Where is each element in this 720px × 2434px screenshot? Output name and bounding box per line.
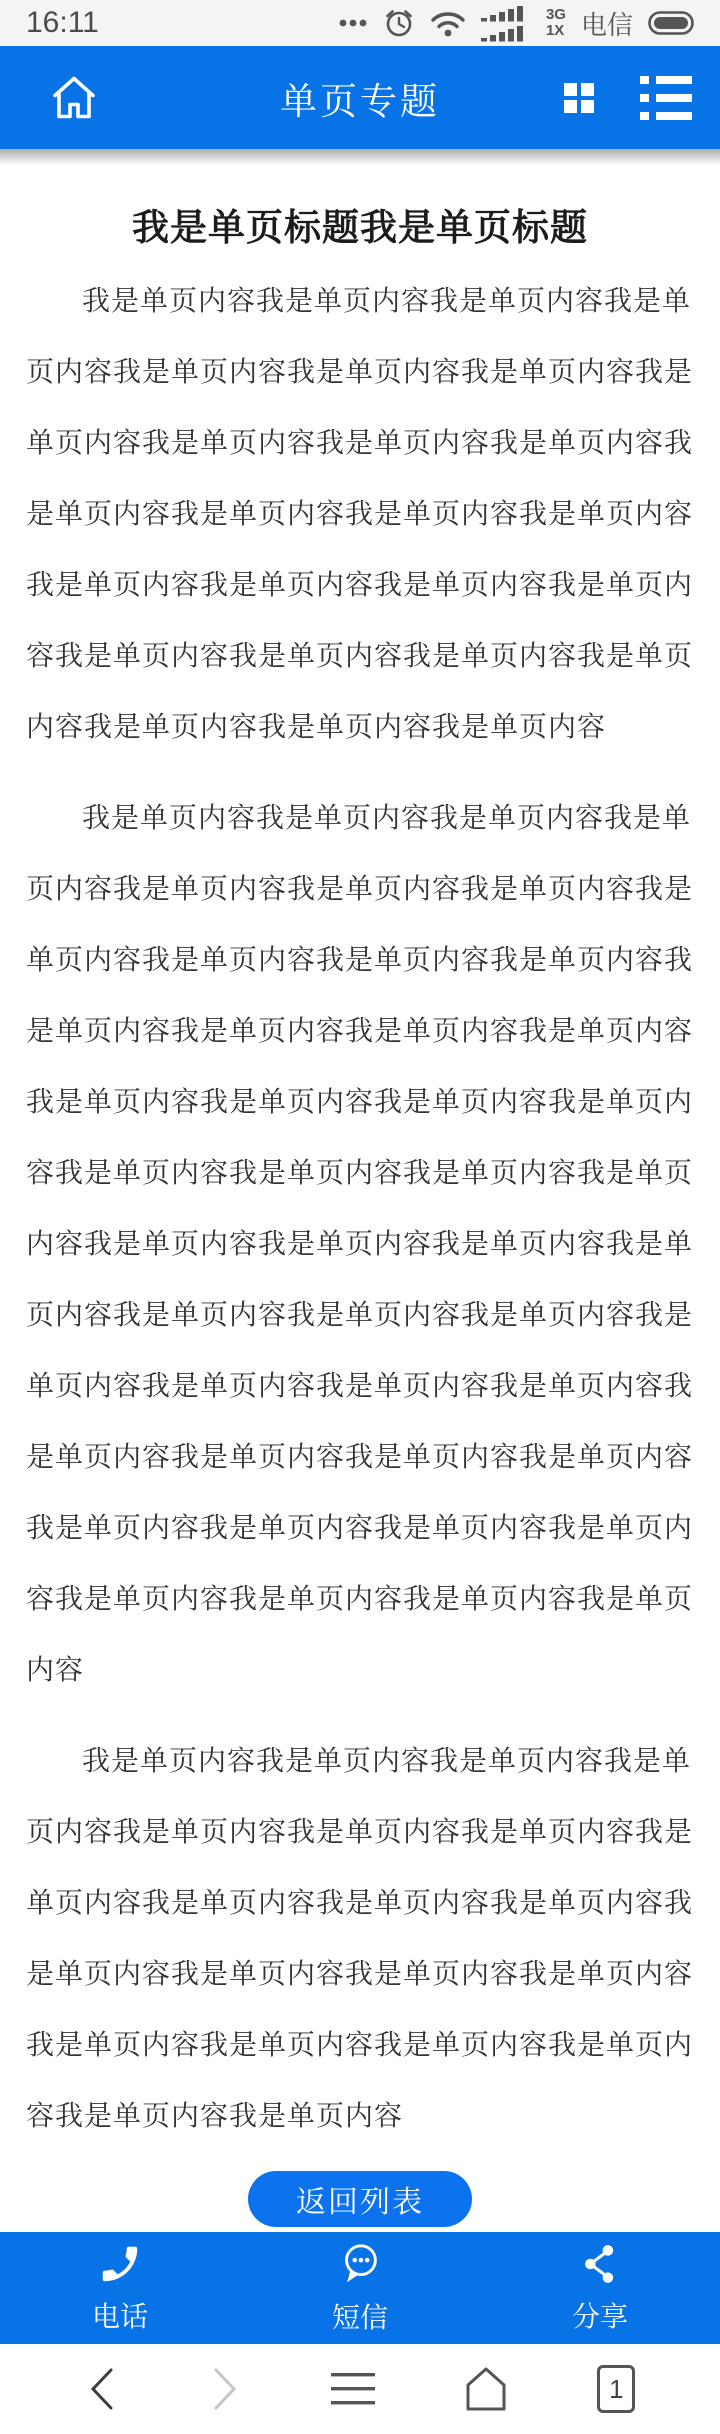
sms-action[interactable]: 短信 (240, 2232, 480, 2344)
page-header-title: 单页专题 (280, 71, 440, 125)
browser-nav-bar: 1 (0, 2344, 720, 2434)
nav-back-button[interactable] (85, 2365, 119, 2413)
paragraph-3: 我是单页内容我是单页内容我是单页内容我是单页内容我是单页内容我是单页内容我是单页… (26, 1725, 694, 2151)
network-badge-1x: 1X (546, 23, 566, 39)
app-header: 单页专题 (0, 46, 720, 149)
home-button[interactable] (46, 70, 102, 125)
screen: 16:11 (0, 0, 720, 2434)
battery-icon (648, 11, 694, 35)
back-icon (85, 2365, 119, 2413)
phone-action-label: 电话 (92, 2295, 148, 2335)
paragraph-1: 我是单页内容我是单页内容我是单页内容我是单页内容我是单页内容我是单页内容我是单页… (26, 265, 694, 762)
paragraph-2: 我是单页内容我是单页内容我是单页内容我是单页内容我是单页内容我是单页内容我是单页… (26, 782, 694, 1705)
nav-menu-button[interactable] (331, 2371, 375, 2407)
carrier-label: 电信 (581, 5, 633, 42)
home-icon (464, 2365, 508, 2413)
share-action[interactable]: 分享 (480, 2232, 720, 2344)
phone-icon (97, 2241, 143, 2287)
sms-icon (336, 2240, 384, 2288)
status-icons: 3G 1X 电信 (338, 3, 694, 43)
header-actions (564, 76, 692, 120)
nav-home-button[interactable] (464, 2365, 508, 2413)
status-bar: 16:11 (0, 0, 720, 46)
page-title: 我是单页标题我是单页标题 (26, 197, 694, 251)
header-shadow (0, 149, 720, 165)
contact-action-bar: 电话 短信 分享 (0, 2232, 720, 2344)
nav-forward-button[interactable] (208, 2365, 242, 2413)
home-icon (46, 70, 102, 122)
phone-action[interactable]: 电话 (0, 2232, 240, 2344)
more-dots-icon (338, 18, 368, 28)
list-menu-button[interactable] (640, 76, 692, 120)
network-badges: 3G 1X (546, 7, 566, 39)
article-content: 我是单页标题我是单页标题 我是单页内容我是单页内容我是单页内容我是单页内容我是单… (0, 197, 720, 2227)
list-icon (640, 76, 692, 120)
share-icon (578, 2241, 622, 2287)
sms-action-label: 短信 (332, 2296, 388, 2336)
wifi-icon (430, 9, 466, 37)
nav-tabs-button[interactable]: 1 (597, 2365, 635, 2413)
tab-counter: 1 (597, 2365, 635, 2413)
menu-icon (331, 2371, 375, 2407)
share-action-label: 分享 (572, 2295, 628, 2335)
grid-view-button[interactable] (564, 83, 594, 113)
network-badge-3g: 3G (546, 7, 566, 23)
grid-icon (564, 83, 594, 113)
forward-icon (208, 2365, 242, 2413)
back-to-list-button[interactable]: 返回列表 (248, 2171, 472, 2227)
alarm-icon (383, 7, 415, 39)
dual-signal-icon (481, 3, 531, 43)
status-time: 16:11 (26, 6, 99, 40)
